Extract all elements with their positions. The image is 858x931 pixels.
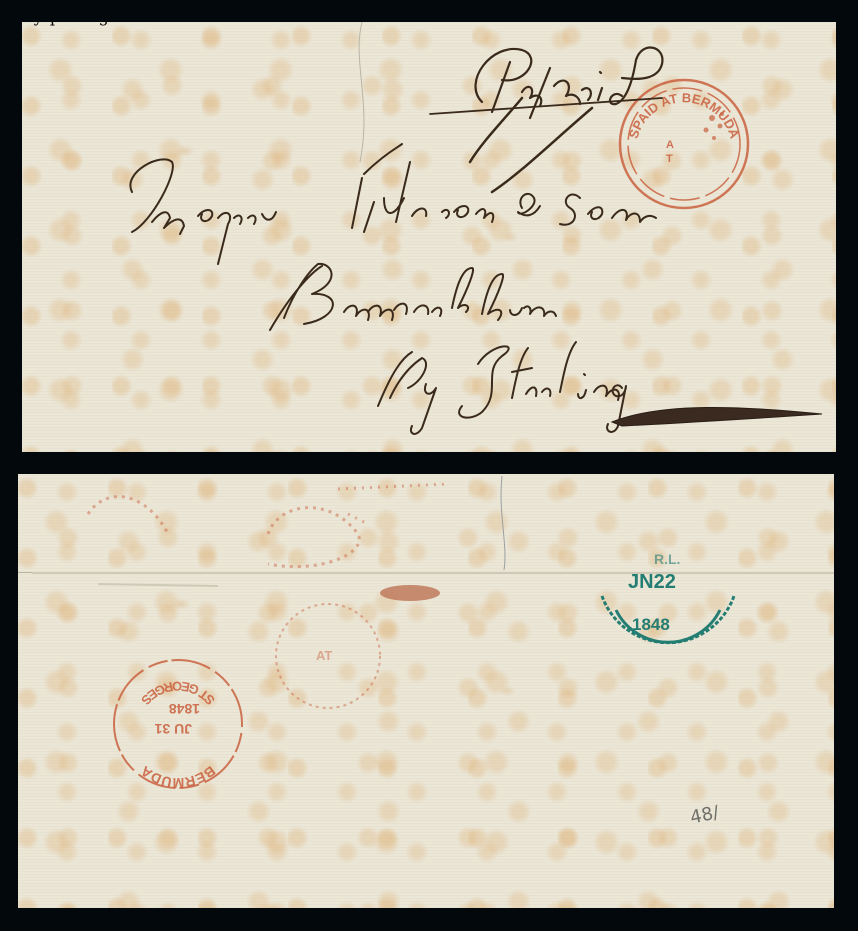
datestamp-date: JN22 — [628, 571, 676, 593]
svg-text:A: A — [666, 139, 674, 151]
paid-stamp-text: SPAID AT BERMUDA — [626, 90, 743, 141]
address-line-1: Messrs Wilson & Son — [22, 22, 656, 264]
faint-paid-strike: AT — [276, 604, 380, 708]
pencil-notation: 48/ — [688, 802, 722, 829]
datestamp-top: R.L. — [654, 551, 680, 567]
origin-year: 1848 — [169, 701, 200, 717]
svg-text:SPAID AT BERMUDA: SPAID AT BERMUDA — [626, 90, 743, 141]
receiving-datestamp: R.L. JN22 1848 — [602, 551, 734, 643]
wax-seal — [380, 585, 440, 601]
address-line-2: Bannockburn — [22, 22, 556, 330]
front-artwork: SPAID AT BERMUDA A T Prepaid Messrs Wils… — [22, 22, 836, 452]
back-artwork: R.L. JN22 1848 AT BERMUDA ST GEORGES JU … — [18, 474, 834, 908]
faint-red-offset-strike — [88, 484, 448, 567]
svg-text:By Stirling: By Stirling — [22, 22, 109, 26]
prepaid-endorsement: Prepaid — [22, 22, 662, 192]
datestamp-year: 1848 — [632, 615, 670, 634]
cover-back: R.L. JN22 1848 AT BERMUDA ST GEORGES JU … — [18, 474, 834, 908]
svg-text:AT: AT — [316, 648, 332, 663]
paper-tear — [501, 476, 505, 570]
bermuda-origin-datestamp: BERMUDA ST GEORGES JU 31 1848 — [114, 660, 242, 791]
cover-front: Prepaid entire letter, Bermuda to Bannoc… — [22, 22, 836, 452]
svg-text:T: T — [666, 153, 673, 165]
paper-crease — [359, 22, 364, 162]
svg-text:BERMUDA: BERMUDA — [137, 763, 218, 791]
origin-date: JU 31 — [154, 721, 192, 737]
